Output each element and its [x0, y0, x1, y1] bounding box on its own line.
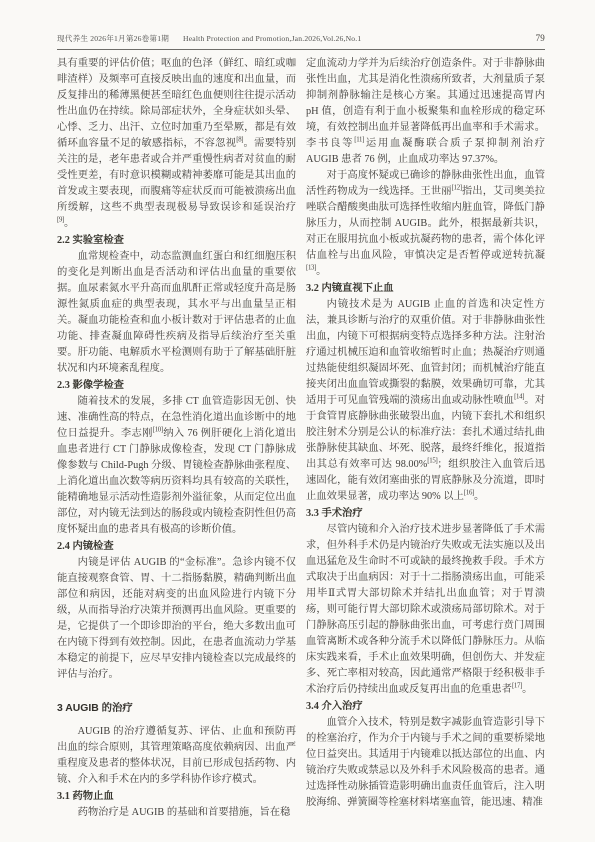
text-column-left: 具有重要的评估价值；呕血的色泽（鲜红、暗红或咖啡渣样）及频率可直接反映出血的速度… [57, 56, 296, 821]
citation-ref: [15] [427, 458, 437, 465]
citation-ref: [14] [514, 394, 524, 401]
subsection-heading: 2.3 影像学检查 [57, 378, 296, 394]
citation-ref: [10] [153, 427, 163, 434]
body-paragraph: 内镜是评估 AUGIB 的“金标准”。急诊内镜不仅能直接观察食管、胃、十二指肠黏… [57, 555, 296, 683]
journal-page: 现代养生 2026年1月第26卷第1期 Health Protection an… [0, 0, 595, 842]
citation-ref: [11] [354, 137, 364, 144]
body-paragraph: 对于高度怀疑或已确诊的静脉曲张性出血，血管活性药物成为一线选择。王世丽[12]指… [306, 168, 545, 280]
body-paragraph: 尽管内镜和介入治疗技术进步显著降低了手术需求，但外科手术仍是内镜治疗失败或无法实… [306, 522, 545, 698]
body-paragraph: 定血流动力学并为后续治疗创造条件。对于非静脉曲张性出血，尤其是消化性溃疡所致者，… [306, 56, 545, 168]
section-heading: 3 AUGIB 的治疗 [57, 701, 296, 717]
subsection-heading: 3.4 介入治疗 [306, 699, 545, 715]
citation-ref: [13] [306, 265, 316, 272]
citation-ref: [17] [512, 683, 522, 690]
header-rule [57, 49, 545, 50]
body-paragraph: 药物治疗是 AUGIB 的基础和首要措施，旨在稳 [57, 805, 296, 821]
body-paragraph: 血常规检查中，动态监测血红蛋白和红细胞压积的变化是判断出血是否活动和评估出血量的… [57, 249, 296, 377]
body-paragraph: 随着技术的发展，多排 CT 血管造影因无创、快速、准确性高的特点，在急性消化道出… [57, 394, 296, 538]
body-paragraph: 具有重要的评估价值；呕血的色泽（鲜红、暗红或咖啡渣样）及频率可直接反映出血的速度… [57, 56, 296, 232]
running-head: 现代养生 2026年1月第26卷第1期 Health Protection an… [57, 33, 545, 44]
citation-ref: [9] [57, 217, 64, 224]
citation-ref: [16] [464, 490, 474, 497]
subsection-heading: 3.2 内镜直视下止血 [306, 281, 545, 297]
subsection-heading: 2.4 内镜检查 [57, 539, 296, 555]
page-number: 79 [536, 33, 545, 43]
body-paragraph: 血管介入技术，特别是数字减影血管造影引导下的栓塞治疗，作为介于内镜与手术之间的重… [306, 715, 545, 811]
subsection-heading: 2.2 实验室检查 [57, 233, 296, 249]
text-column-right: 定血流动力学并为后续治疗创造条件。对于非静脉曲张性出血，尤其是消化性溃疡所致者，… [306, 56, 545, 811]
journal-title-en: Health Protection and Promotion,Jan.2026… [183, 34, 536, 43]
subsection-heading: 3.1 药物止血 [57, 789, 296, 805]
citation-ref: [8] [236, 137, 243, 144]
citation-ref: [12] [452, 185, 462, 192]
body-paragraph: 内镜技术是为 AUGIB 止血的首选和决定性方法，兼具诊断与治疗的双重价值。对于… [306, 297, 545, 505]
subsection-heading: 3.3 手术治疗 [306, 506, 545, 522]
body-paragraph: AUGIB 的治疗遵循复苏、评估、止血和预防再出血的综合原则，其管理策略高度依赖… [57, 724, 296, 788]
journal-title-cn: 现代养生 2026年1月第26卷第1期 [57, 33, 169, 44]
